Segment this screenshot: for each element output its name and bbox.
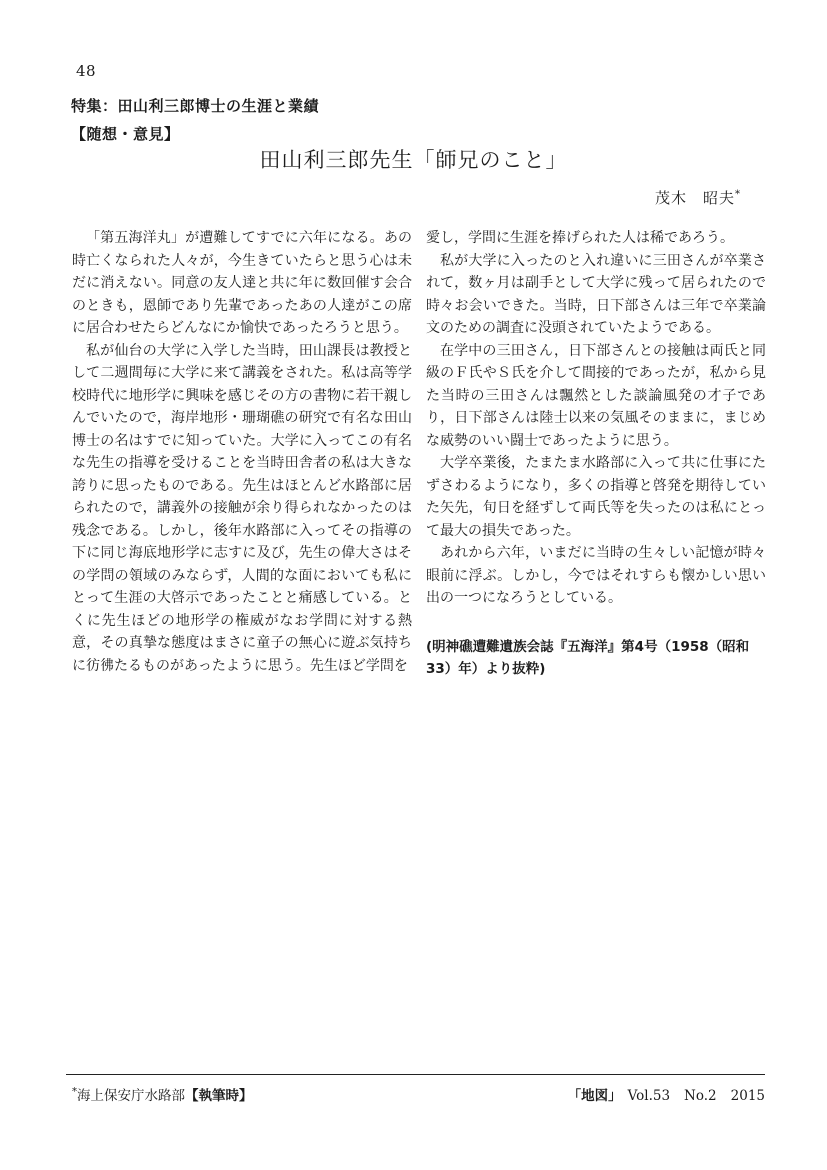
page-number: 48 bbox=[76, 62, 96, 80]
paragraph: 私が仙台の大学に入学した当時，田山課長は教授として二週間毎に大学に来て講義をされ… bbox=[72, 340, 412, 678]
affiliation-text: 海上保安庁水路部 bbox=[77, 1088, 185, 1104]
body-column-left: 「第五海洋丸」が遭難してすでに六年になる。あの時亡くなられた人々が，今生きていた… bbox=[72, 227, 412, 681]
article-title: 田山利三郎先生「師兄のこと」 bbox=[0, 144, 827, 174]
author-name: 茂木 昭夫 bbox=[655, 189, 735, 207]
author-note-mark: * bbox=[735, 189, 740, 200]
footer-author-affiliation: *海上保安庁水路部【執筆時】 bbox=[72, 1084, 253, 1104]
paragraph-continuation: 愛し，学問に生涯を捧げられた人は稀であろう。 bbox=[426, 227, 766, 250]
footer-divider bbox=[66, 1074, 765, 1075]
footer-journal-info: 「地図」Vol.53No.22015 bbox=[568, 1084, 765, 1104]
section-label: 【随想・意見】 bbox=[71, 123, 180, 144]
journal-year: 2015 bbox=[731, 1088, 765, 1104]
body-column-right: 愛し，学問に生涯を捧げられた人は稀であろう。 私が大学に入ったのと入れ違いに三田… bbox=[426, 227, 766, 681]
paragraph: あれから六年，いまだに当時の生々しい記憶が時々眼前に浮ぶ。しかし，今ではそれすら… bbox=[426, 542, 766, 610]
document-page: 48 特集：田山利三郎博士の生涯と業績 【随想・意見】 田山利三郎先生「師兄のこ… bbox=[0, 0, 827, 1170]
journal-issue: No.2 bbox=[684, 1088, 717, 1104]
journal-volume: Vol.53 bbox=[628, 1088, 670, 1104]
journal-title: 「地図」 bbox=[568, 1088, 622, 1104]
article-body: 「第五海洋丸」が遭難してすでに六年になる。あの時亡くなられた人々が，今生きていた… bbox=[72, 227, 766, 681]
special-feature-kicker: 特集：田山利三郎博士の生涯と業績 bbox=[71, 95, 319, 116]
paragraph: 在学中の三田さん，日下部さんとの接触は両氏と同級のＦ氏やＳ氏を介して間接的であっ… bbox=[426, 340, 766, 453]
paragraph: 大学卒業後，たまたま水路部に入って共に仕事にたずさわるようになり，多くの指導と啓… bbox=[426, 452, 766, 542]
affiliation-note: 【執筆時】 bbox=[185, 1088, 253, 1104]
paragraph: 私が大学に入ったのと入れ違いに三田さんが卒業されて，数ヶ月は副手として大学に残っ… bbox=[426, 250, 766, 340]
author-line: 茂木 昭夫* bbox=[655, 187, 740, 208]
source-citation: (明神礁遭難遺族会誌『五海洋』第4号（1958（昭和33）年）より抜粋) bbox=[426, 636, 766, 681]
paragraph: 「第五海洋丸」が遭難してすでに六年になる。あの時亡くなられた人々が，今生きていた… bbox=[72, 227, 412, 340]
